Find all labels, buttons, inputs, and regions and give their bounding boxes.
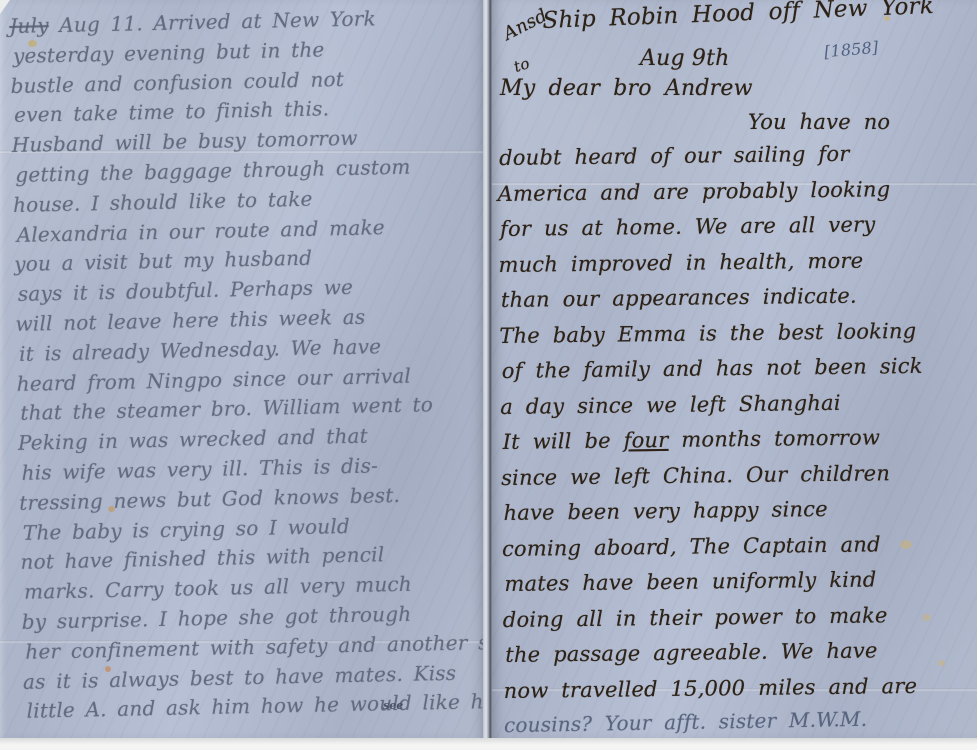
handwriting-line: than our appearances indicate. xyxy=(501,277,977,318)
underlined-word: four xyxy=(623,428,668,453)
scan-backing-strip xyxy=(0,738,977,750)
postscript-signature: cousins? Your afft. sister M.W.M. xyxy=(504,707,868,737)
handwriting-line: since we left China. Our children xyxy=(501,455,977,496)
line-fragment: months tomorrow xyxy=(668,425,880,452)
handwriting-line: much improved in health, more xyxy=(498,242,977,283)
handwriting-line: the passage agreeable. We have xyxy=(505,632,977,673)
letter-header: Ship Robin Hood off New York xyxy=(542,0,934,34)
line-fragment: It will be xyxy=(503,428,624,453)
salutation: My dear bro Andrew xyxy=(500,76,753,101)
right-page: Ansd to Ship Robin Hood off New York Aug… xyxy=(492,0,977,738)
handwriting-line: doing all in their power to make xyxy=(503,597,977,638)
left-page: July Aug 11. Arrived at New York yesterd… xyxy=(0,0,483,738)
interline-correction: see xyxy=(383,699,403,712)
answered-annotation-sub: to xyxy=(512,54,532,76)
handwriting-line: doubt heard of our sailing for xyxy=(499,135,977,176)
opening-phrase: You have no xyxy=(748,110,890,134)
handwriting-line: coming aboard, The Captain and xyxy=(502,526,977,567)
date-text: Aug 11. Arrived at New York xyxy=(59,6,376,37)
handwriting-line: America and are probably looking xyxy=(497,171,977,212)
right-page-text: doubt heard of our sailing for America a… xyxy=(497,135,977,709)
handwriting-line: of the family and has not been sick xyxy=(502,348,977,389)
struck-word: July xyxy=(9,13,49,38)
letter-scan: July Aug 11. Arrived at New York yesterd… xyxy=(0,0,977,750)
archival-year-note: [1858] xyxy=(823,38,879,62)
handwriting-line: a day since we left Shanghai xyxy=(500,384,977,425)
handwriting-line: The baby Emma is the best looking xyxy=(499,313,977,354)
letter-date: Aug 9th xyxy=(640,46,730,71)
page-gutter xyxy=(483,0,492,738)
handwriting-line: for us at home. We are all very xyxy=(500,206,977,247)
handwriting-line: have been very happy since xyxy=(503,490,977,531)
left-page-text: July Aug 11. Arrived at New York yesterd… xyxy=(9,2,483,727)
handwriting-line: mates have been uniformly kind xyxy=(504,561,977,602)
handwriting-line: It will be four months tomorrow xyxy=(502,419,977,460)
handwriting-line: now travelled 15,000 miles and are xyxy=(504,668,977,709)
